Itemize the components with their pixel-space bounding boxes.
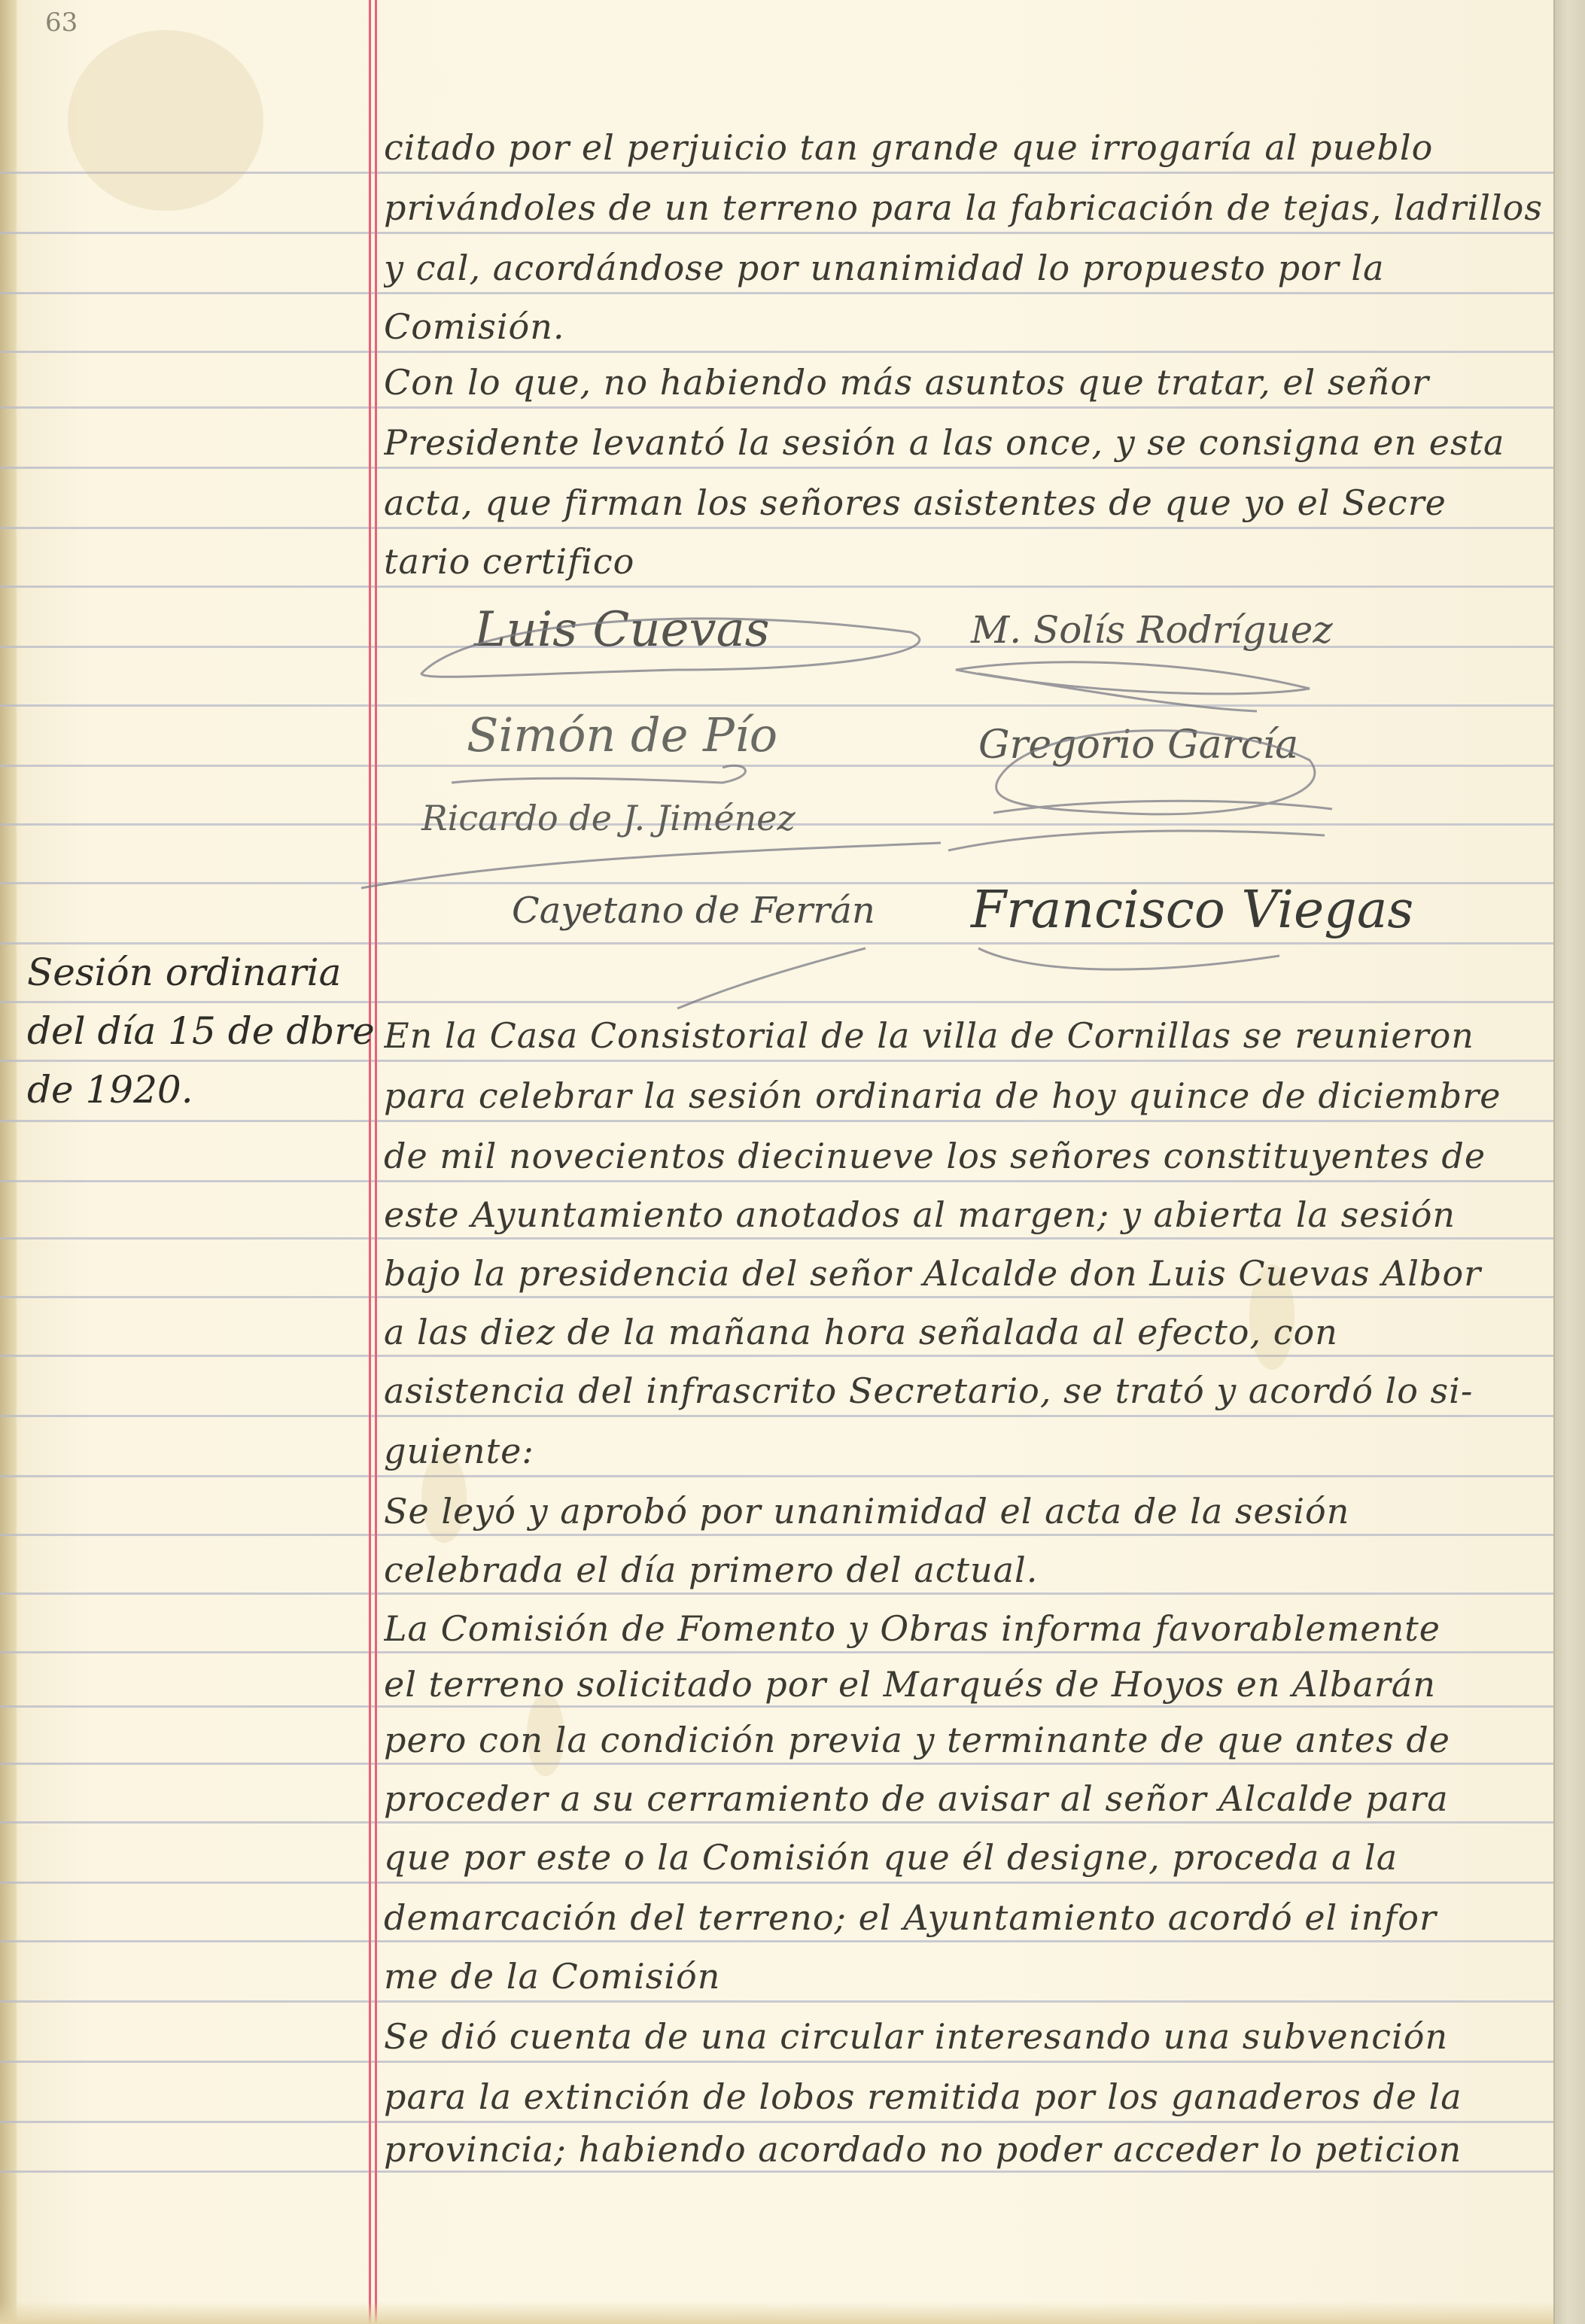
- signature-flourishes: [0, 0, 1553, 1054]
- ruled-line: [0, 1355, 1553, 1357]
- ruled-line: [0, 2121, 1553, 2123]
- ledger-page: 63 citado por el perjuicio tan grande qu…: [0, 0, 1553, 2324]
- text-line: La Comisión de Fomento y Obras informa f…: [384, 1606, 1543, 1651]
- ruled-line: [0, 1534, 1553, 1536]
- text-line: de mil novecientos diecinueve los señore…: [384, 1133, 1543, 1179]
- text-line: a las diez de la mañana hora señalada al…: [384, 1310, 1543, 1355]
- margin-note-line: Sesión ordinaria: [27, 950, 341, 995]
- ruled-line: [0, 2061, 1553, 2063]
- text-line: provincia; habiendo acordado no poder ac…: [384, 2127, 1543, 2172]
- ruled-line: [0, 1592, 1553, 1595]
- ruled-line: [0, 1821, 1553, 1824]
- page-bottom-edge: [0, 2301, 1553, 2324]
- text-line: me de la Comisión: [384, 1954, 1543, 1999]
- margin-note-line: del día 15 de dbre: [27, 1008, 358, 1054]
- margin-note-line: de 1920.: [27, 1067, 358, 1112]
- underlying-page-edge: [1553, 0, 1585, 2324]
- text-line: guiente:: [384, 1428, 1543, 1474]
- ruled-line: [0, 2000, 1553, 2003]
- text-line: este Ayuntamiento anotados al margen; y …: [384, 1192, 1543, 1237]
- ruled-line: [0, 1237, 1553, 1240]
- ruled-line: [0, 1763, 1553, 1765]
- ruled-line: [0, 1180, 1553, 1182]
- text-line: bajo la presidencia del señor Alcalde do…: [384, 1251, 1543, 1296]
- ruled-line: [0, 1415, 1553, 1417]
- text-line: para celebrar la sesión ordinaria de hoy…: [384, 1073, 1543, 1118]
- ruled-line: [0, 1296, 1553, 1298]
- text-line: asistencia del infrascrito Secretario, s…: [384, 1368, 1543, 1413]
- text-line: En la Casa Consistorial de la villa de C…: [384, 1013, 1543, 1058]
- ruled-line: [0, 1940, 1553, 1942]
- ruled-line: [0, 1060, 1553, 1062]
- ruled-line: [0, 1120, 1553, 1122]
- text-line: Se dió cuenta de una circular interesand…: [384, 2014, 1543, 2059]
- text-line: para la extinción de lobos remitida por …: [384, 2074, 1543, 2119]
- text-line: que por este o la Comisión que él design…: [384, 1835, 1543, 1880]
- text-line: Se leyó y aprobó por unanimidad el acta …: [384, 1489, 1543, 1534]
- text-line: el terreno solicitado por el Marqués de …: [384, 1662, 1543, 1707]
- text-line: proceder a su cerramiento de avisar al s…: [384, 1776, 1543, 1821]
- text-line: celebrada el día primero del actual.: [384, 1547, 1543, 1592]
- text-line: demarcación del terreno; el Ayuntamiento…: [384, 1895, 1543, 1940]
- ruled-line: [0, 1475, 1553, 1477]
- ruled-line: [0, 1651, 1553, 1653]
- text-line: pero con la condición previa y terminant…: [384, 1717, 1543, 1763]
- ruled-line: [0, 1881, 1553, 1884]
